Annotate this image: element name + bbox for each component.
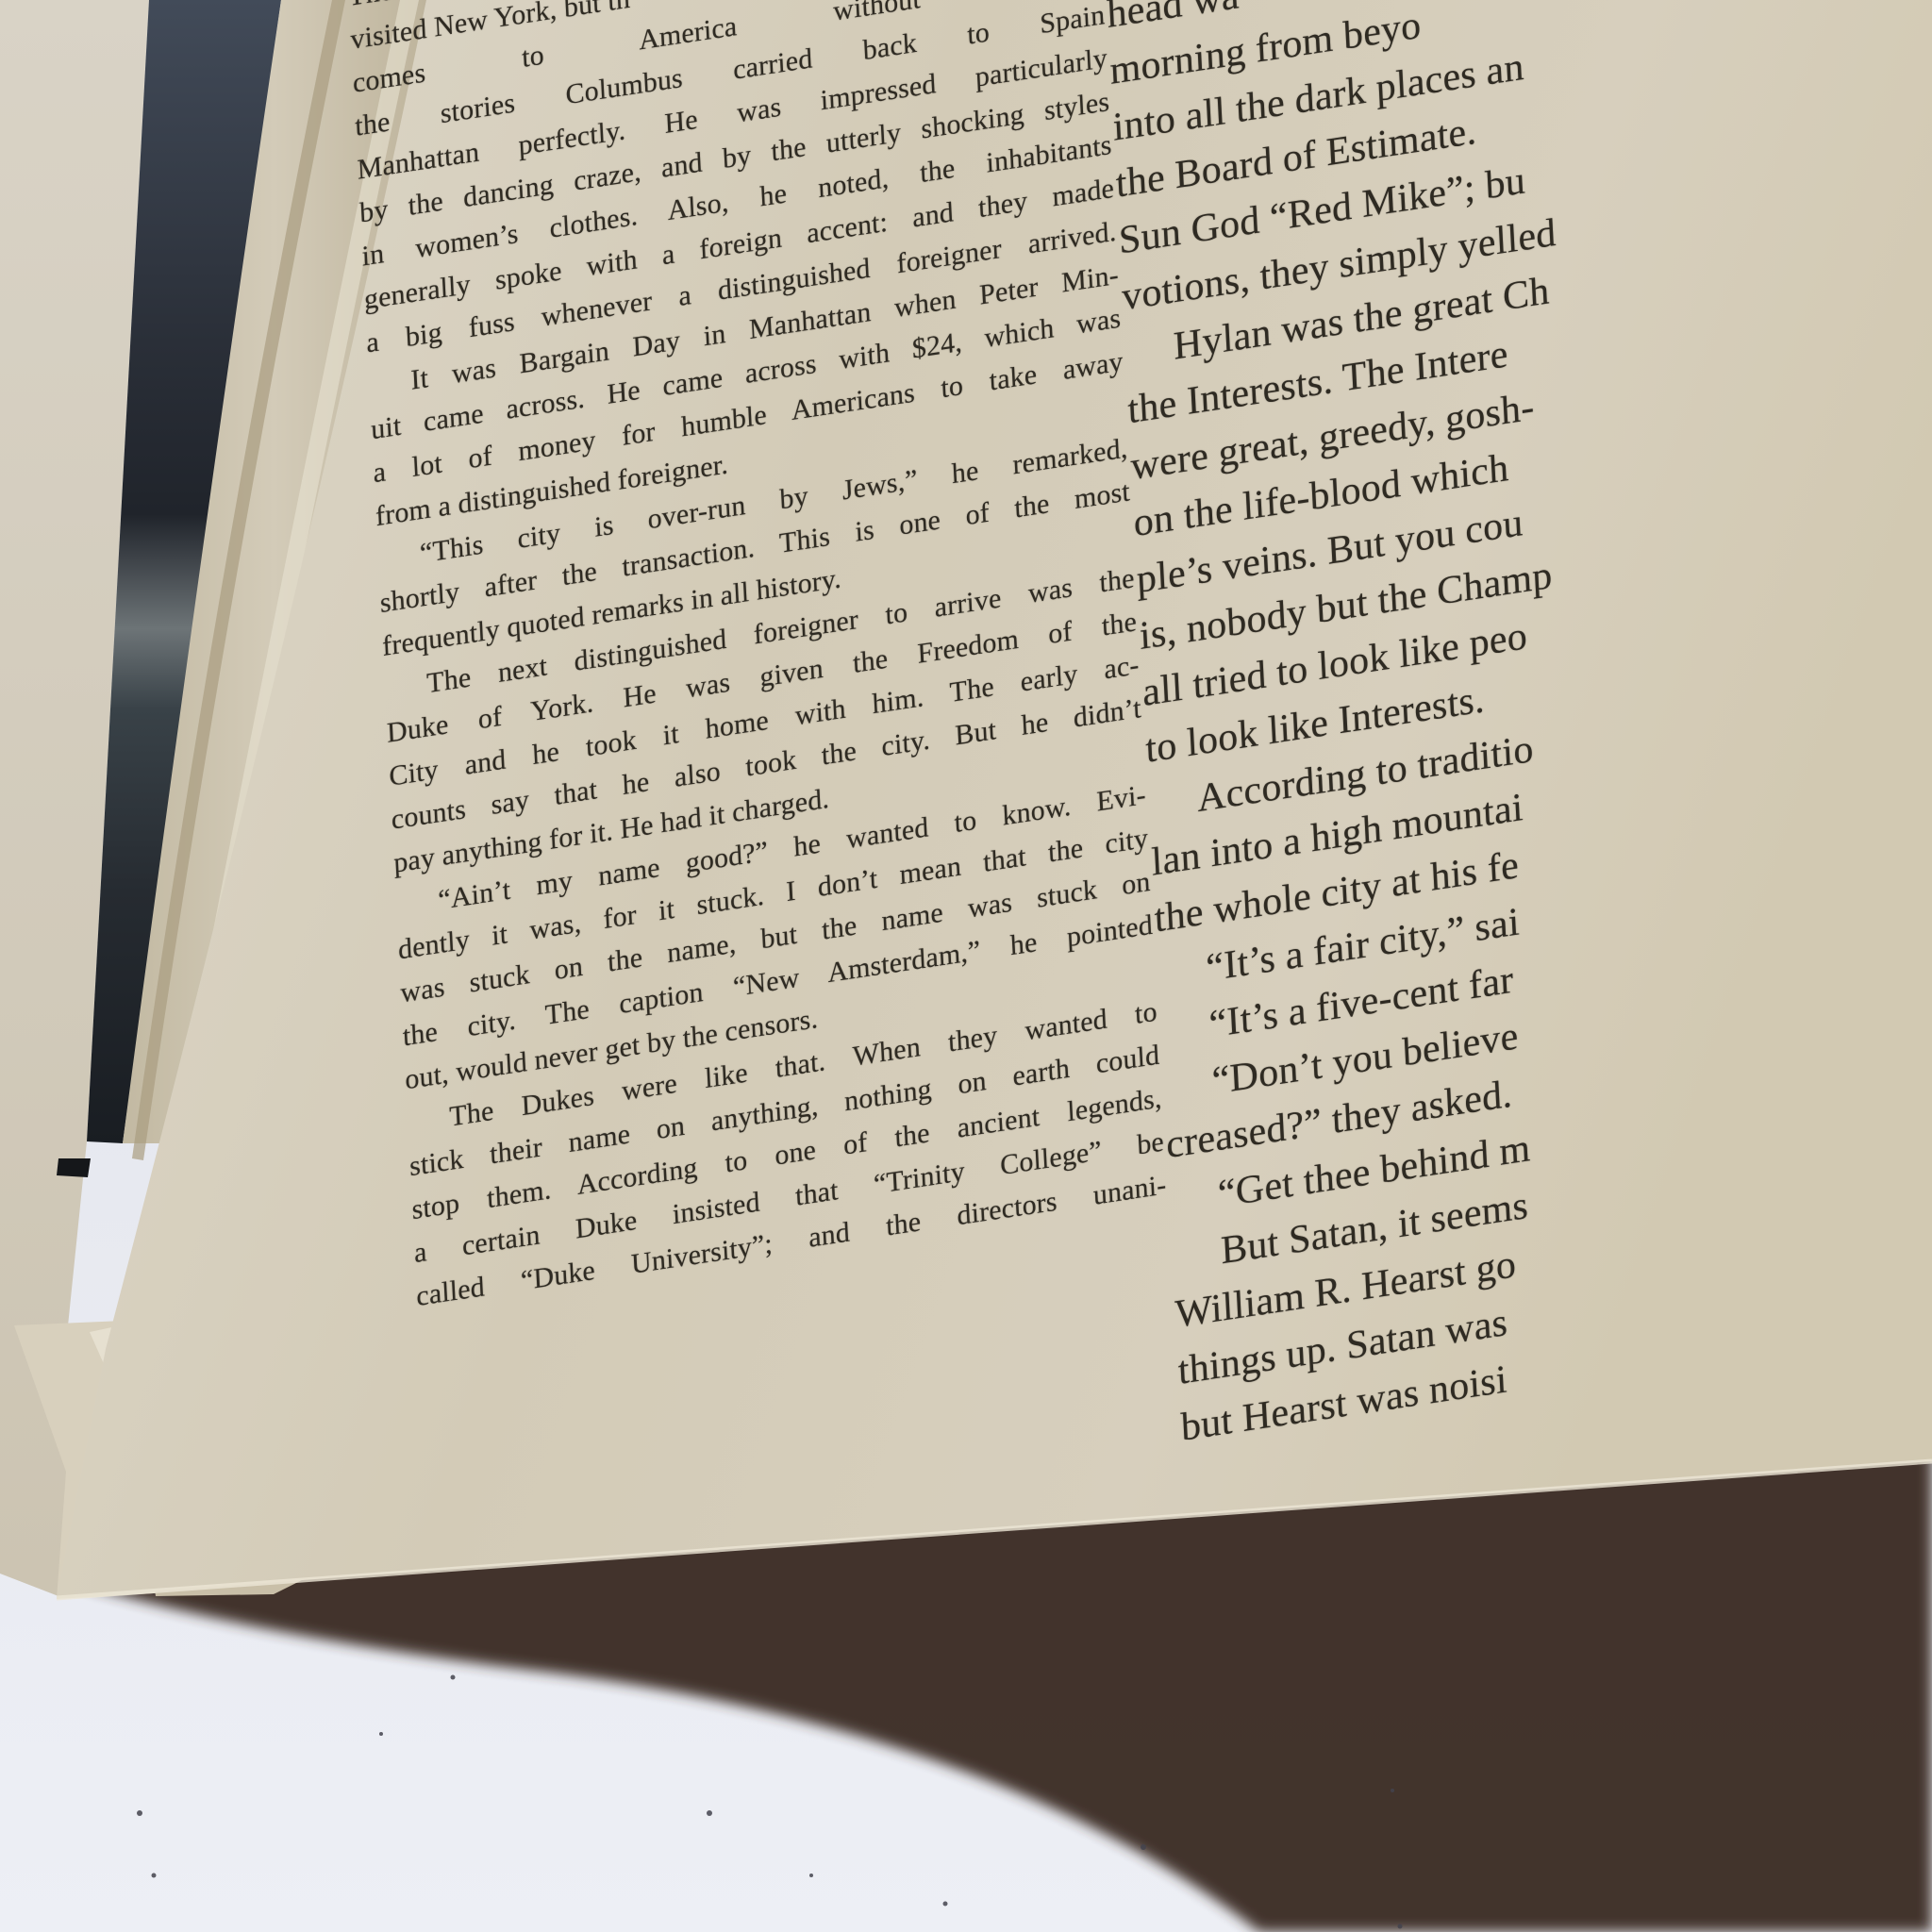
- ink-mark: [57, 1158, 91, 1177]
- text-column-left: There are t visited New York, but th com…: [347, 0, 1168, 1319]
- book-photo-scene: There are t visited New York, but th com…: [0, 0, 1932, 1932]
- text-column-right: head wa morning from beyo into all the d…: [1106, 0, 1932, 1457]
